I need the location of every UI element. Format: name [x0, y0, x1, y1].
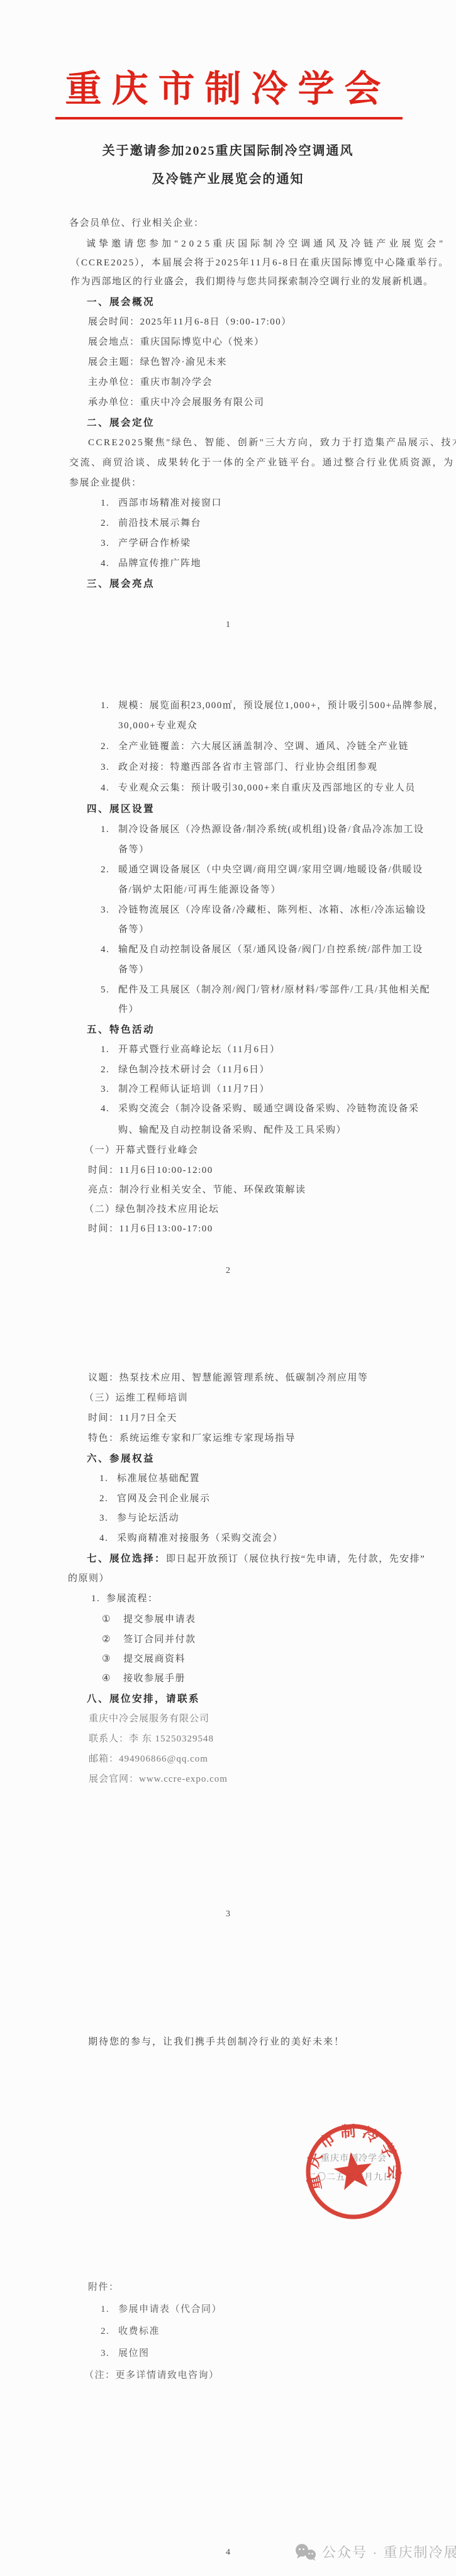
item-number: 4. — [101, 558, 118, 570]
item-number: 3. — [101, 904, 118, 917]
item-text: 品牌宣传推广阵地 — [118, 558, 201, 569]
item-number: 1. — [101, 824, 118, 836]
list-item-wrap: 备/锅炉太阳能/可再生能源设备等） — [118, 884, 281, 897]
overview-row-organizer: 承办单位：重庆中冷会展服务有限公司 — [88, 397, 265, 409]
contact-company: 重庆中冷会展服务有限公司 — [89, 1713, 209, 1726]
list-item: 2.前沿技术展示舞台 — [101, 518, 201, 530]
attachment-item: 2.收费标准 — [101, 2326, 160, 2338]
item-number: 3. — [101, 1084, 118, 1096]
item-text: 专业观众云集：预计吸引30,000+来自重庆及西部地区的专业人员 — [118, 783, 416, 793]
attachments-note: （注：更多详情请致电咨询） — [84, 2370, 220, 2382]
official-seal-stamp: 重庆市制冷学会 — [297, 2115, 411, 2229]
overview-row-time: 展会时间：2025年11月6-8日（9:00-17:00） — [88, 316, 292, 329]
section-events-heading: 五、特色活动 — [87, 1024, 155, 1036]
section-highlights-heading: 三、展会亮点 — [87, 578, 155, 591]
subevent-3-title: （三）运维工程师培训 — [84, 1392, 188, 1405]
list-item: 2.全产业链覆盖：六大展区涵盖制冷、空调、通风、冷链全产业链 — [101, 741, 409, 753]
item-number: 2. — [99, 1493, 117, 1506]
item-text: 输配及自动控制设备展区（泵/通风设备/阀门/自控系统/部件加工设 — [118, 945, 423, 955]
booth-heading-bold: 七、展位选择： — [87, 1553, 166, 1564]
contact-email: 邮箱：494906866@qq.com — [89, 1753, 208, 1766]
step-number: ② — [102, 1634, 123, 1646]
booth-heading-rest: 即日起开放预订（展位执行按“先申请，先付款，先安排” — [166, 1554, 425, 1564]
page-number-1: 1 — [0, 619, 456, 631]
item-text: 绿色制冷技术研讨会（11月6日） — [118, 1065, 270, 1075]
subevent-3-time: 时间：11月7日全天 — [88, 1413, 177, 1425]
step-text: 提交参展申请表 — [123, 1614, 196, 1624]
process-step: ②签订合同并付款 — [102, 1634, 196, 1646]
list-item-wrap: 30,000+专业观众 — [118, 720, 197, 733]
list-item: 1.制冷设备展区（冷热源设备/制冷系统(或机组)设备/食品冷冻加工设 — [101, 824, 424, 836]
notice-title-line1: 关于邀请参加2025重庆国际制冷空调通风 — [0, 143, 456, 159]
section-benefits-heading: 六、参展权益 — [87, 1453, 155, 1465]
item-number: 2. — [101, 864, 118, 877]
item-number: 1. — [101, 497, 118, 510]
item-text: 冷链物流展区（冷库设备/冷藏柜、陈列柜、冰箱、冰柜/冷冻运输设 — [118, 905, 426, 915]
contact-person-phone: 联系人：李 东 15250329548 — [89, 1733, 214, 1746]
page-number-3: 3 — [0, 1909, 456, 1920]
section-positioning-heading: 二、展会定位 — [87, 417, 155, 430]
section-booth-heading-line: 七、展位选择：即日起开放预订（展位执行按“先申请，先付款，先安排” — [87, 1553, 425, 1566]
list-item-wrap: 备等） — [118, 964, 150, 977]
list-item: 4.采购交流会（制冷设备采购、暖通空调设备采购、冷链物流设备采 — [101, 1103, 420, 1116]
step-text: 签订合同并付款 — [123, 1635, 196, 1645]
item-number: 3. — [101, 762, 118, 774]
list-item-wrap: 备等） — [118, 924, 150, 936]
document-page: 重庆市制冷学会 关于邀请参加2025重庆国际制冷空调通风 及冷链产业展览会的通知… — [0, 0, 456, 2576]
item-number: 4. — [101, 1103, 118, 1116]
step-number: ③ — [102, 1653, 123, 1666]
step-number: ④ — [102, 1673, 123, 1685]
closing-sentence: 期待您的参与，让我们携手共创制冷行业的美好未来！ — [88, 2036, 345, 2049]
subevent-3-feature: 特色：系统运维专家和厂家运维专家现场指导 — [88, 1433, 296, 1445]
item-text: 暖通空调设备展区（中央空调/商用空调/家用空调/地暖设备/供暖设 — [118, 865, 423, 875]
watermark-text: 公众号 · 重庆制冷展 — [322, 2542, 456, 2562]
attachment-item: 3.展位图 — [101, 2348, 150, 2360]
step-text: 提交展商资料 — [123, 1654, 186, 1664]
item-text: 西部市场精准对接窗口 — [118, 498, 222, 508]
list-item: 2.暖通空调设备展区（中央空调/商用空调/家用空调/地暖设备/供暖设 — [101, 864, 423, 877]
item-number: 3. — [99, 1513, 117, 1525]
list-item: 1.标准展位基础配置 — [99, 1473, 200, 1485]
list-item: 3.冷链物流展区（冷库设备/冷藏柜、陈列柜、冰箱、冰柜/冷冻运输设 — [101, 904, 426, 917]
item-text: 参与论坛活动 — [117, 1513, 179, 1523]
item-number: 4. — [99, 1533, 117, 1545]
item-text: 参展流程： — [106, 1594, 158, 1604]
item-text: 规模：展览面积23,000㎡，预设展位1,000+，预计吸引500+品牌参展， — [118, 701, 444, 711]
item-number: 2. — [101, 518, 118, 530]
salutation: 各会员单位、行业相关企业： — [69, 218, 204, 230]
booth-heading-wrap: 的原则） — [68, 1573, 109, 1585]
list-item-wrap: 件） — [118, 1004, 139, 1016]
item-text: 采购交流会（制冷设备采购、暖通空调设备采购、冷链物流设备采 — [118, 1104, 420, 1114]
item-number: 2. — [101, 1064, 118, 1077]
item-text: 前沿技术展示舞台 — [118, 518, 201, 528]
item-number: 3. — [101, 2348, 118, 2360]
contact-website: 展会官网：www.ccre-expo.com — [89, 1774, 228, 1786]
item-number: 1. — [101, 700, 118, 713]
item-number: 4. — [101, 944, 118, 957]
positioning-para-line: CCRE2025聚焦"绿色、智能、创新"三大方向，致力于打造集产品展示、技术 — [88, 437, 456, 450]
overview-row-host: 主办单位：重庆市制冷学会 — [88, 377, 213, 389]
subevent-1-highlight: 亮点：制冷行业相关安全、节能、环保政策解读 — [88, 1184, 306, 1197]
list-item: 3.制冷工程师认证培训（11月7日） — [101, 1084, 270, 1096]
item-number: 5. — [101, 984, 118, 997]
section-overview-heading: 一、展会概况 — [87, 296, 155, 309]
wechat-watermark: 公众号 · 重庆制冷展 — [294, 2542, 456, 2562]
list-item: 4.品牌宣传推广阵地 — [101, 558, 201, 570]
masthead-org-name: 重庆市制冷学会 — [0, 65, 456, 113]
process-step: ③提交展商资料 — [102, 1653, 186, 1666]
intro-line: （CCRE2025），本届展会将于2025年11月6-8日在重庆国际博览中心隆重… — [70, 257, 449, 270]
item-text: 采购商精准对接服务（采购交流会） — [117, 1533, 283, 1543]
section-zones-heading: 四、展区设置 — [87, 803, 155, 816]
list-item: 1.开幕式暨行业高峰论坛（11月6日） — [101, 1044, 280, 1057]
booth-process-label: 1.参展流程： — [91, 1593, 158, 1606]
item-text: 政企对接：特邀西部各省市主管部门、行业协会组团参观 — [118, 762, 378, 772]
list-item: 2.绿色制冷技术研讨会（11月6日） — [101, 1064, 270, 1077]
item-text: 全产业链覆盖：六大展区涵盖制冷、空调、通风、冷链全产业链 — [118, 741, 409, 752]
item-number: 2. — [101, 741, 118, 753]
item-number: 1. — [101, 1044, 118, 1057]
positioning-para-line: 参展企业提供： — [69, 477, 142, 490]
process-step: ④接收参展手册 — [102, 1673, 186, 1685]
item-number: 2. — [101, 2326, 118, 2338]
item-number: 1. — [99, 1473, 117, 1485]
notice-title-line2: 及冷链产业展览会的通知 — [0, 171, 456, 187]
positioning-para-line: 交流、商贸洽谈、成果转化于一体的全产业链平台。通过整合行业优质资源，为 — [69, 457, 455, 470]
page-number-2: 2 — [0, 1265, 456, 1277]
intro-line: 诚挚邀请您参加"2025重庆国际制冷空调通风及冷链产业展览会" — [86, 238, 446, 251]
list-item: 1.西部市场精准对接窗口 — [101, 497, 222, 510]
item-number: 1. — [91, 1593, 106, 1606]
item-text: 产学研合作桥梁 — [118, 538, 191, 548]
attachment-item: 1.参展申请表（代合同） — [101, 2304, 222, 2316]
item-text: 制冷工程师认证培训（11月7日） — [118, 1084, 270, 1094]
subevent-2-topics: 议题：热泵技术应用、智慧能源管理系统、低碳制冷剂应用等 — [88, 1372, 369, 1385]
item-text: 收费标准 — [118, 2326, 160, 2336]
subevent-2-time: 时间：11月6日13:00-17:00 — [88, 1223, 213, 1236]
item-text: 开幕式暨行业高峰论坛（11月6日） — [118, 1045, 280, 1055]
item-number: 3. — [101, 538, 118, 550]
step-text: 接收参展手册 — [123, 1674, 186, 1684]
step-number: ① — [102, 1614, 123, 1626]
masthead-red-rule — [55, 117, 403, 119]
item-text: 制冷设备展区（冷热源设备/制冷系统(或机组)设备/食品冷冻加工设 — [118, 824, 424, 835]
item-number: 1. — [101, 2304, 118, 2316]
list-item: 4.输配及自动控制设备展区（泵/通风设备/阀门/自控系统/部件加工设 — [101, 944, 423, 957]
overview-row-venue: 展会地点：重庆国际博览中心（悦来） — [88, 336, 265, 349]
subevent-1-time: 时间：11月6日10:00-12:00 — [88, 1165, 213, 1177]
list-item: 3.参与论坛活动 — [99, 1513, 179, 1525]
item-text: 参展申请表（代合同） — [118, 2304, 222, 2314]
item-text: 官网及会刊企业展示 — [117, 1494, 211, 1504]
list-item: 3.产学研合作桥梁 — [101, 538, 191, 550]
intro-line: 作为西部地区的行业盛会，我们期待与您共同探索制冷空调行业的发展新机遇。 — [70, 276, 434, 289]
list-item: 4.采购商精准对接服务（采购交流会） — [99, 1533, 283, 1545]
list-item-wrap: 购、输配及自动控制设备采购、配件及工具采购） — [118, 1124, 347, 1137]
section-contact-heading: 八、展位安排，请联系 — [87, 1693, 200, 1706]
attachments-label: 附件： — [88, 2282, 120, 2294]
subevent-1-title: （一）开幕式暨行业峰会 — [84, 1145, 199, 1157]
item-number: 4. — [101, 782, 118, 795]
item-text: 配件及工具展区（制冷剂/阀门/管材/原材料/零部件/工具/其他相关配 — [118, 985, 430, 995]
list-item: 5.配件及工具展区（制冷剂/阀门/管材/原材料/零部件/工具/其他相关配 — [101, 984, 430, 997]
stamp-star-icon — [332, 2150, 375, 2191]
wechat-icon — [294, 2543, 317, 2561]
list-item: 1.规模：展览面积23,000㎡，预设展位1,000+，预计吸引500+品牌参展… — [101, 700, 444, 713]
subevent-2-title: （二）绿色制冷技术应用论坛 — [84, 1204, 220, 1216]
list-item: 4.专业观众云集：预计吸引30,000+来自重庆及西部地区的专业人员 — [101, 782, 416, 795]
process-step: ①提交参展申请表 — [102, 1614, 196, 1626]
list-item: 2.官网及会刊企业展示 — [99, 1493, 211, 1506]
item-text: 展位图 — [118, 2348, 150, 2358]
list-item-wrap: 备等） — [118, 844, 150, 857]
item-text: 标准展位基础配置 — [117, 1474, 200, 1484]
list-item: 3.政企对接：特邀西部各省市主管部门、行业协会组团参观 — [101, 762, 378, 774]
overview-row-theme: 展会主题：绿色智冷·渝见未来 — [88, 357, 227, 369]
